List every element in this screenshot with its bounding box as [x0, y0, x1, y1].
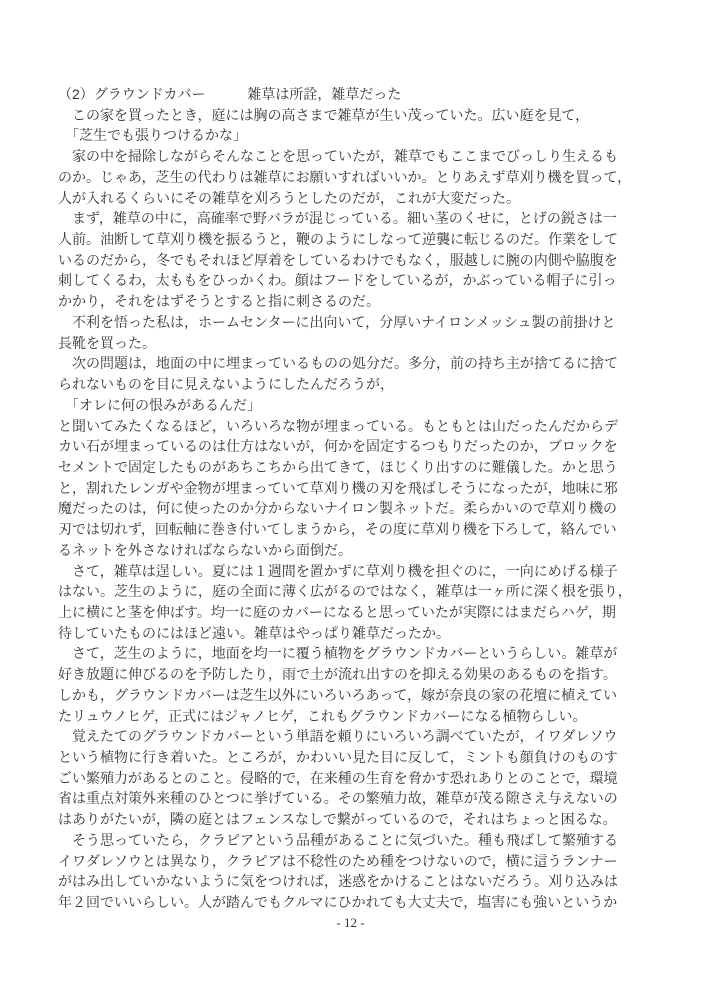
- text-line: がはみ出していかないように気をつければ，迷惑をかけることはないだろう。刈り込みは: [58, 871, 653, 892]
- text-line: のか。じゃあ，芝生の代わりは雑草にお願いすればいいか。とりあえず草刈り機を買って…: [58, 167, 653, 188]
- text-line: 「オレに何の恨みがあるんだ」: [58, 395, 653, 416]
- text-line: と聞いてみたくなるほど，いろいろな物が埋まっている。もともとは山だったんだからデ: [58, 416, 653, 437]
- text-line: カい石が埋まっているのは仕方はないが，何かを固定するつもりだったのか，ブロックを: [58, 436, 653, 457]
- text-line: 刺してくるわ，太ももをひっかくわ。顔はフードをしているが，かぶっている帽子に引っ: [58, 270, 653, 291]
- text-line: 上に横にと茎を伸ばす。均一に庭のカバーになると思っていたが実際にはまだらハゲ，期: [58, 602, 653, 623]
- text-line: イワダレソウとは異なり，クラピアは不稔性のため種をつけないので，横に這うランナー: [58, 851, 653, 872]
- text-line: たリュウノヒゲ，正式にはジャノヒゲ，これもグラウンドカバーになる植物らしい。: [58, 706, 653, 727]
- text-line: 省は重点対策外来種のひとつに挙げている。その繁殖力故，雑草が茂る隙さえ与えないの: [58, 788, 653, 809]
- text-line: られないものを目に見えないようにしたんだろうが，: [58, 374, 653, 395]
- text-line: 不利を悟った私は，ホームセンターに出向いて，分厚いナイロンメッシュ製の前掛けと: [58, 312, 653, 333]
- text-line: 人前。油断して草刈り機を振るうと，鞭のようにしなって逆襲に転じるのだ。作業をして: [58, 229, 653, 250]
- text-line: さて，芝生のように，地面を均一に覆う植物をグラウンドカバーというらしい。雑草が: [58, 643, 653, 664]
- text-line: この家を買ったとき，庭には胸の高さまで雑草が生い茂っていた。広い庭を見て，: [58, 105, 653, 126]
- text-block: （2）グラウンドカバー 雑草は所詮，雑草だった この家を買ったとき，庭には胸の高…: [58, 84, 653, 913]
- text-line: セメントで固定したものがあちこちから出てきて，ほじくり出すのに難儀した。かと思う: [58, 457, 653, 478]
- page-number: - 12 -: [58, 915, 643, 931]
- text-line: 覚えたてのグラウンドカバーという単語を頼りにいろいろ調べていたが，イワダレソウ: [58, 726, 653, 747]
- text-line: しかも，グラウンドカバーは芝生以外にいろいろあって，嫁が奈良の家の花壇に植えてい: [58, 685, 653, 706]
- text-line: かかり，それをはずそうとすると指に刺さるのだ。: [58, 291, 653, 312]
- text-line: はありがたいが，隣の庭とはフェンスなしで繋がっているので，それはちょっと困るな。: [58, 809, 653, 830]
- text-line: 刃では切れず，回転軸に巻き付いてしまうから，その度に草刈り機を下ろして，絡んでい: [58, 519, 653, 540]
- text-line: 次の問題は，地面の中に埋まっているものの処分だ。多分，前の持ち主が捨てるに捨て: [58, 353, 653, 374]
- text-line: いるのだから，冬でもそれほど厚着をしているわけでもなく，服越しに腕の内側や脇腹を: [58, 250, 653, 271]
- text-line: という植物に行き着いた。ところが，かわいい見た目に反して，ミントも顔負けのものす: [58, 747, 653, 768]
- text-line: 人が入れるくらいにその雑草を刈ろうとしたのだが，これが大変だった。: [58, 188, 653, 209]
- text-line: 長靴を買った。: [58, 333, 653, 354]
- text-line: 「芝生でも張りつけるかな」: [58, 125, 653, 146]
- text-line: そう思っていたら，クラピアという品種があることに気づいた。種も飛ばして繁殖する: [58, 830, 653, 851]
- text-line: ごい繁殖力があるとのこと。侵略的で，在来種の生育を脅かす恐れありとのことで，環境: [58, 768, 653, 789]
- text-line: はない。芝生のように，庭の全面に薄く広がるのではなく，雑草は一ヶ所に深く根を張り…: [58, 581, 653, 602]
- body-text: この家を買ったとき，庭には胸の高さまで雑草が生い茂っていた。広い庭を見て， 「芝…: [58, 105, 653, 913]
- text-line: と，割れたレンガや金物が埋まっていて草刈り機の刃を飛ばしそうになったが，地味に邪: [58, 478, 653, 499]
- text-line: 年２回でいいらしい。人が踏んでもクルマにひかれても大丈夫で，塩害にも強いというか: [58, 892, 653, 913]
- section-heading: （2）グラウンドカバー 雑草は所詮，雑草だった: [58, 84, 653, 105]
- text-line: さて，雑草は逞しい。夏には１週間を置かずに草刈り機を担ぐのに，一向にめげる様子: [58, 561, 653, 582]
- text-line: 魔だったのは，何に使ったのか分からないナイロン製ネットだ。柔らかいので草刈り機の: [58, 498, 653, 519]
- text-line: るネットを外さなければならないから面倒だ。: [58, 540, 653, 561]
- document-page: （2）グラウンドカバー 雑草は所詮，雑草だった この家を買ったとき，庭には胸の高…: [0, 0, 707, 1000]
- text-line: まず，雑草の中に，高確率で野バラが混じっている。細い茎のくせに，とげの鋭さは一: [58, 208, 653, 229]
- text-line: 待していたものにはほど遠い。雑草はやっぱり雑草だったか。: [58, 623, 653, 644]
- text-line: 家の中を掃除しながらそんなことを思っていたが，雑草でもここまでびっしり生えるも: [58, 146, 653, 167]
- text-line: 好き放題に伸びるのを予防したり，雨で土が流れ出すのを抑える効果のあるものを指す。: [58, 664, 653, 685]
